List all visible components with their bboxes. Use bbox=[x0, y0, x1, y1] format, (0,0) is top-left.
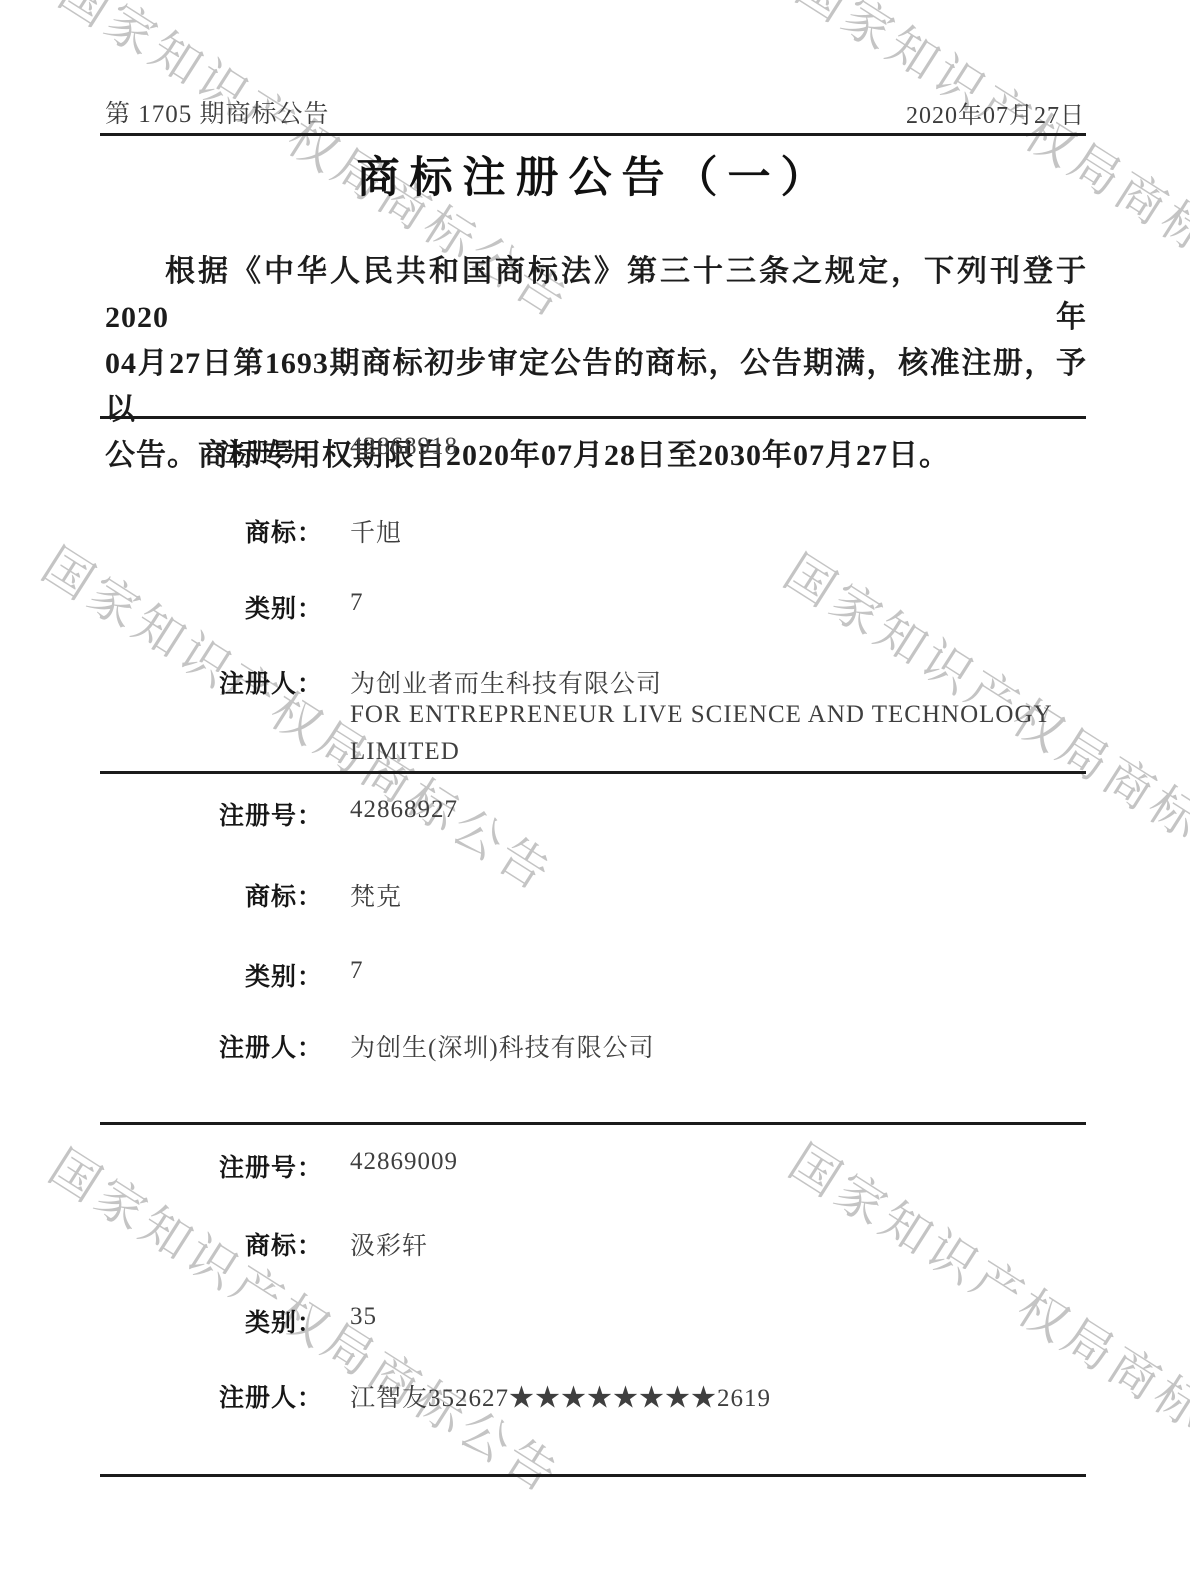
gazette-page: 国家知识产权局商标公告 国家知识产权局商标公告 国家知识产权局商标公告 国家知识… bbox=[0, 0, 1190, 1574]
reg-no-value: 42869009 bbox=[350, 1148, 1086, 1176]
trademark-label: 商标： bbox=[100, 513, 323, 549]
registrant-en-value: LIMITED bbox=[350, 738, 1086, 766]
registrant-label: 注册人： bbox=[100, 1028, 323, 1064]
class-label: 类别： bbox=[100, 589, 323, 625]
table-row: 注册人： 为创业者而生科技有限公司 bbox=[0, 664, 1190, 698]
table-row: 商标： 千旭 bbox=[0, 513, 1190, 547]
class-value: 7 bbox=[350, 957, 1086, 985]
intro-line: 根据《中华人民共和国商标法》第三十三条之规定，下列刊登于2020年 bbox=[105, 249, 1087, 341]
table-row: 商标： 汲彩轩 bbox=[0, 1226, 1190, 1260]
trademark-value: 千旭 bbox=[350, 513, 1086, 549]
class-value: 7 bbox=[350, 589, 1086, 617]
entry-divider bbox=[100, 416, 1086, 419]
page-title: 商标注册公告（一） bbox=[0, 144, 1190, 205]
table-row: 注册号： 42869009 bbox=[0, 1148, 1190, 1182]
trademark-label: 商标： bbox=[100, 877, 323, 913]
trademark-label: 商标： bbox=[100, 1226, 323, 1262]
table-row: LIMITED bbox=[0, 738, 1190, 772]
table-row: 类别： 35 bbox=[0, 1303, 1190, 1337]
table-row: 商标： 梵克 bbox=[0, 877, 1190, 911]
class-value: 35 bbox=[350, 1303, 1086, 1331]
reg-no-value: 42868918 bbox=[350, 433, 1086, 461]
intro-line: 04月27日第1693期商标初步审定公告的商标，公告期满，核准注册，予以 bbox=[105, 341, 1087, 433]
registrant-value: 为创业者而生科技有限公司 bbox=[350, 664, 1086, 700]
table-row: 注册号： 42868927 bbox=[0, 796, 1190, 830]
registrant-en-value: FOR ENTREPRENEUR LIVE SCIENCE AND TECHNO… bbox=[350, 701, 1086, 729]
reg-no-label: 注册号： bbox=[100, 433, 323, 469]
table-row: 类别： 7 bbox=[0, 957, 1190, 991]
reg-no-label: 注册号： bbox=[100, 796, 323, 832]
header-date: 2020年07月27日 bbox=[906, 95, 1085, 130]
trademark-value: 梵克 bbox=[350, 877, 1086, 913]
table-row: FOR ENTREPRENEUR LIVE SCIENCE AND TECHNO… bbox=[0, 701, 1190, 735]
trademark-value: 汲彩轩 bbox=[350, 1226, 1086, 1262]
header-issue-title: 第 1705 期商标公告 bbox=[105, 94, 330, 130]
registrant-value: 江智友352627★★★★★★★★2619 bbox=[350, 1378, 1086, 1414]
reg-no-value: 42868927 bbox=[350, 796, 1086, 824]
class-label: 类别： bbox=[100, 1303, 323, 1339]
table-row: 注册号： 42868918 bbox=[0, 433, 1190, 467]
entry-divider bbox=[100, 1474, 1086, 1477]
table-row: 注册人： 为创生(深圳)科技有限公司 bbox=[0, 1028, 1190, 1062]
registrant-label: 注册人： bbox=[100, 664, 323, 700]
reg-no-label: 注册号： bbox=[100, 1148, 323, 1184]
table-row: 类别： 7 bbox=[0, 589, 1190, 623]
header-rule bbox=[100, 133, 1086, 136]
class-label: 类别： bbox=[100, 957, 323, 993]
entry-divider bbox=[100, 1122, 1086, 1125]
table-row: 注册人： 江智友352627★★★★★★★★2619 bbox=[0, 1378, 1190, 1412]
content-layer: 第 1705 期商标公告 2020年07月27日 商标注册公告（一） 根据《中华… bbox=[0, 0, 1190, 1574]
registrant-label: 注册人： bbox=[100, 1378, 323, 1414]
registrant-value: 为创生(深圳)科技有限公司 bbox=[350, 1028, 1086, 1064]
